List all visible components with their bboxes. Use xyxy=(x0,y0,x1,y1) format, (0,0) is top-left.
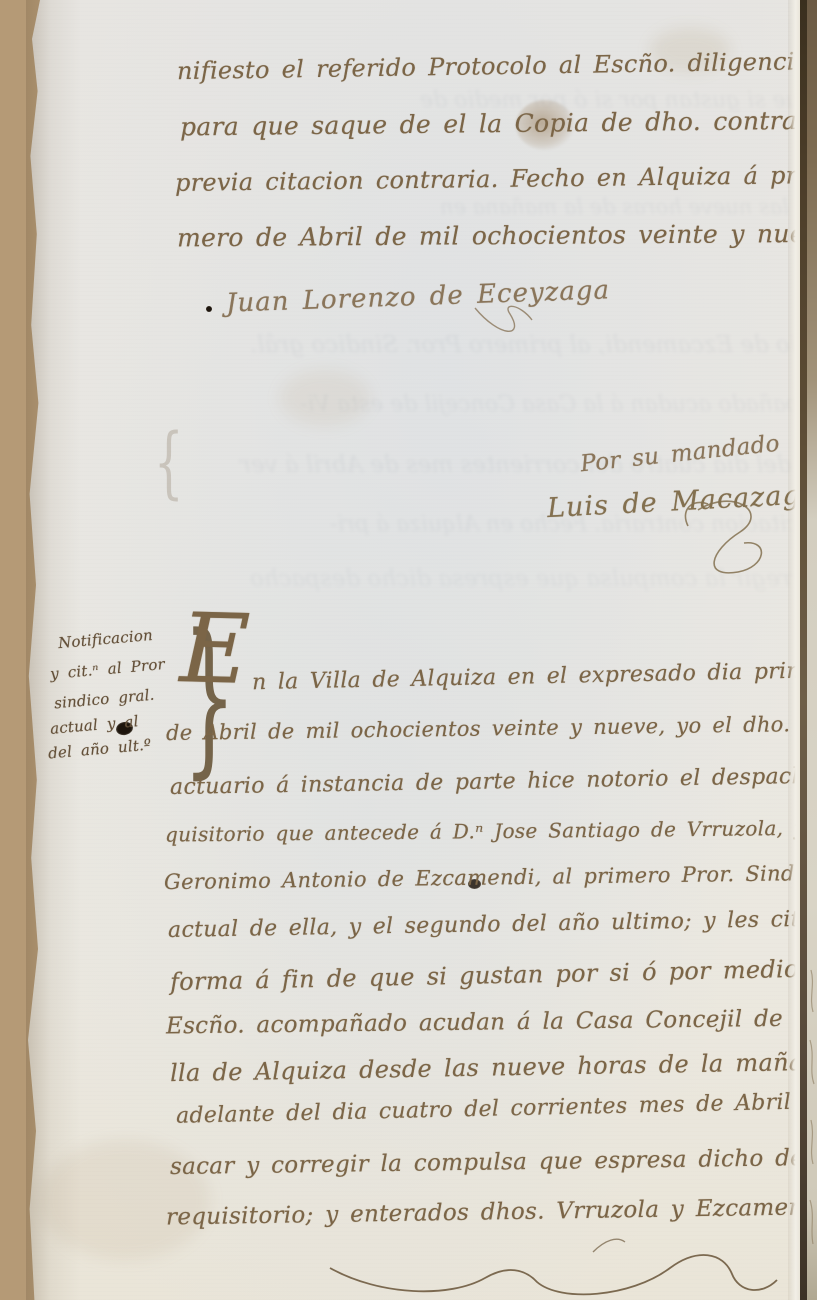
text-line: mero de Abril de mil ochocientos veinte … xyxy=(177,219,817,253)
bleedthrough-ghost-line: lla de Alquiza desde las nueve horas de … xyxy=(440,195,817,219)
text-line: actuario á instancia de parte hice notor… xyxy=(170,763,817,800)
next-page-ghost-writing xyxy=(807,960,817,1260)
bleedthrough-ghost-line: Geronimo Antonio de Ezcamendi, al primer… xyxy=(250,332,817,358)
text-line: requisitorio; y enterados dhos. Vrruzola… xyxy=(166,1194,817,1231)
text-line: Geronimo Antonio de Ezcamendi, al primer… xyxy=(164,860,817,894)
manuscript-page: forma á fin de que si gustan por si ó po… xyxy=(0,0,817,1300)
text-line: de Abril de mil ochocientos veinte y nue… xyxy=(166,711,817,745)
text-line: quisitorio que antecede á D.ⁿ Jose Santi… xyxy=(165,815,817,846)
binding-edge xyxy=(0,0,40,1300)
text-line: sacar y corregir la compulsa que espresa… xyxy=(170,1144,817,1180)
next-page-sliver xyxy=(807,0,817,1300)
attestation-signature: Luis de Macazaga xyxy=(546,479,817,524)
notary-signature: Juan Lorenzo de Eceyzaga xyxy=(226,275,611,318)
text-line: forma á fin de que si gustan por si ó po… xyxy=(170,954,817,996)
text-line: previa citacion contraria. Fecho en Alqu… xyxy=(175,161,814,197)
bottom-swash-flourish xyxy=(325,1238,805,1300)
text-line: para que saque de el la Copia de dho. co… xyxy=(180,106,817,142)
margin-note-line: Notificacion xyxy=(57,626,153,652)
text-line: actual de ella, y el segundo del año ult… xyxy=(168,906,817,943)
ghost-brace: { xyxy=(154,424,184,502)
margin-note-line: y cit.ⁿ al Pror xyxy=(49,655,165,683)
margin-note-line: del año ult.º xyxy=(47,736,152,763)
margin-note-line: actual y al xyxy=(49,712,139,738)
text-line: adelante del dia cuatro del corrientes m… xyxy=(176,1088,817,1129)
bleedthrough-ghost-line: sacar y corregir la compulsa que espresa… xyxy=(250,566,817,592)
paper-stain xyxy=(280,370,370,426)
text-line: nifiesto el referido Protocolo al Escño.… xyxy=(177,47,817,85)
bleedthrough-ghost-line: Escño. acompañado acudan á la Casa Conce… xyxy=(300,392,817,417)
text-line: n la Villa de Alquiza en el expresado di… xyxy=(252,658,817,695)
ink-dot xyxy=(206,306,212,312)
margin-note-line: sindico gral. xyxy=(53,686,155,713)
text-line: Escño. acompañado acudan á la Casa Conce… xyxy=(166,1005,817,1040)
text-line: lla de Alquiza desde las nueve horas de … xyxy=(170,1047,817,1087)
attestation-phrase: Por su mandado xyxy=(579,431,781,478)
initial-capital-E: E xyxy=(179,605,251,693)
